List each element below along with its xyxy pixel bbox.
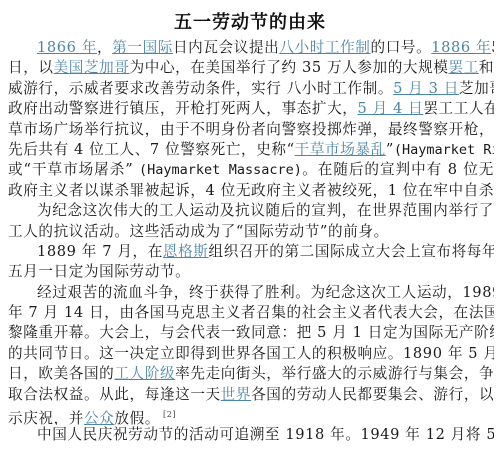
text-run: 罢工工人在干 bbox=[423, 100, 494, 117]
article-body: 1866 年，第一国际日内瓦会议提出八小时工作制的口号。1886 年5 月 1日… bbox=[8, 38, 494, 446]
text-run: 5 月 1 bbox=[491, 39, 494, 56]
text-run: 年 7 月 14 日，由各国马克思主义者召集的社会主义者代表大会，在法国巴 bbox=[8, 304, 494, 321]
hyperlink[interactable]: 罢工 bbox=[449, 59, 479, 76]
text-line: 政府出动警察进行镇压，开枪打死两人，事态扩大，5 月 4 日罢工工人在干 bbox=[8, 99, 494, 119]
text-run: 1889 年 7 月，在 bbox=[37, 243, 163, 260]
text-run: 中国人民庆祝劳动节的活动可追溯至 1918 年。1949 年 12 月将 5 月… bbox=[37, 426, 494, 443]
hyperlink[interactable]: 工人阶级 bbox=[114, 365, 175, 382]
hyperlink[interactable]: 恩格斯 bbox=[163, 243, 209, 260]
text-run: 工人的抗议活动。这些活动成为了“国际劳动节”的前身。 bbox=[8, 223, 389, 240]
text-run: 取合法权益。从此，每逢这一天 bbox=[8, 386, 221, 403]
text-run: 各国的劳动人民都要集会、游行，以 bbox=[251, 386, 494, 403]
text-run: 。在随后的宣判中有 8 位无 bbox=[302, 161, 494, 178]
hyperlink[interactable]: 5 月 4 日 bbox=[357, 100, 423, 117]
text-line: 为纪念这次伟大的工人运动及抗议随后的宣判，在世界范围内举行了 bbox=[8, 201, 494, 221]
text-run: 的共同节日。这一决定立即得到世界各国工人的积极响应。1890 年 5 月 1 bbox=[8, 345, 494, 362]
text-line: 工人的抗议活动。这些活动成为了“国际劳动节”的前身。 bbox=[8, 222, 494, 242]
article-title: 五一劳动节的由来 bbox=[0, 8, 500, 34]
text-line: 的共同节日。这一决定立即得到世界各国工人的积极响应。1890 年 5 月 1 bbox=[8, 344, 494, 364]
text-run: 芝加哥 bbox=[459, 80, 494, 97]
text-run: (Haymarket Riot) bbox=[394, 142, 494, 158]
text-run: 先后共有 4 位工人、7 位警察死亡，史称“ bbox=[8, 141, 295, 158]
text-line: 1866 年，第一国际日内瓦会议提出八小时工作制的口号。1886 年5 月 1 bbox=[8, 38, 494, 58]
text-line: 示庆祝，并公众放假。[2] bbox=[8, 405, 494, 425]
hyperlink[interactable]: 美国芝加哥 bbox=[54, 59, 130, 76]
hyperlink[interactable]: 5 月 3 日 bbox=[393, 80, 459, 97]
text-line: 中国人民庆祝劳动节的活动可追溯至 1918 年。1949 年 12 月将 5 月… bbox=[8, 425, 494, 445]
text-run: 率先走向街头，举行盛大的示威游行与集会，争 bbox=[175, 365, 494, 382]
text-line: 取合法权益。从此，每逢这一天世界各国的劳动人民都要集会、游行，以 bbox=[8, 385, 494, 405]
text-line: 政府主义者以谋杀罪被起诉，4 位无政府主义者被绞死，1 位在牢中自杀。 bbox=[8, 181, 494, 201]
text-run: 五月一日定为国际劳动节。 bbox=[8, 263, 190, 280]
text-line: 五月一日定为国际劳动节。 bbox=[8, 262, 494, 282]
footnote-reference[interactable]: [2] bbox=[163, 410, 176, 419]
hyperlink[interactable]: 干草市场暴乱 bbox=[295, 141, 386, 158]
text-line: 日，以美国芝加哥为中心，在美国举行了约 35 万人参加的大规模罢工和示 bbox=[8, 58, 494, 78]
text-run: 日，欧美各国的 bbox=[8, 365, 114, 382]
text-line: 经过艰苦的流血斗争，终于获得了胜利。为纪念这次工人运动，1989 bbox=[8, 283, 494, 303]
text-run: 草市场广场举行抗议，由于不明身份者向警察投掷炸弹，最终警察开枪， bbox=[8, 121, 494, 138]
hyperlink[interactable]: 世界 bbox=[221, 386, 251, 403]
text-line: 先后共有 4 位工人、7 位警察死亡，史称“干草市场暴乱”(Haymarket … bbox=[8, 140, 494, 160]
text-run: 示庆祝，并 bbox=[8, 410, 84, 425]
hyperlink[interactable]: 公众 bbox=[84, 410, 114, 425]
text-run: 日内瓦会议提出 bbox=[173, 39, 279, 56]
text-run: 政府主义者以谋杀罪被起诉，4 位无政府主义者被绞死，1 位在牢中自杀。 bbox=[8, 182, 494, 199]
hyperlink[interactable]: 1866 年 bbox=[37, 39, 97, 56]
text-run: 经过艰苦的流血斗争，终于获得了胜利。为纪念这次工人运动，1989 bbox=[37, 284, 494, 301]
text-run: (Haymarket Massacre) bbox=[139, 162, 302, 178]
text-line: 黎隆重开幕。大会上，与会代表一致同意：把 5 月 1 日定为国际无产阶级 bbox=[8, 323, 494, 343]
text-run: 黎隆重开幕。大会上，与会代表一致同意：把 5 月 1 日定为国际无产阶级 bbox=[8, 324, 494, 341]
text-run: 日，以 bbox=[8, 59, 54, 76]
text-line: 1889 年 7 月，在恩格斯组织召开的第二国际成立大会上宣布将每年的 bbox=[8, 242, 494, 262]
text-run: 组织召开的第二国际成立大会上宣布将每年的 bbox=[209, 243, 494, 260]
text-line: 草市场广场举行抗议，由于不明身份者向警察投掷炸弹，最终警察开枪， bbox=[8, 120, 494, 140]
hyperlink[interactable]: 第一国际 bbox=[112, 39, 173, 56]
text-run: 为中心，在美国举行了约 35 万人参加的大规模 bbox=[130, 59, 449, 76]
text-run: 威游行，示威者要求改善劳动条件，实行 八小时工作制。 bbox=[8, 80, 393, 97]
text-run: 和示 bbox=[479, 59, 494, 76]
hyperlink[interactable]: 1886 年 bbox=[431, 39, 491, 56]
text-run: ” bbox=[386, 141, 394, 158]
text-run: 的口号。 bbox=[371, 39, 432, 56]
text-line: 日，欧美各国的工人阶级率先走向街头，举行盛大的示威游行与集会，争 bbox=[8, 364, 494, 384]
hyperlink[interactable]: 八小时工作制 bbox=[279, 39, 370, 56]
text-line: 或“干草市场屠杀” (Haymarket Massacre)。在随后的宣判中有 … bbox=[8, 160, 494, 180]
text-run: 放假。 bbox=[114, 410, 160, 425]
text-run: 或“干草市场屠杀” bbox=[8, 161, 139, 178]
text-line: 威游行，示威者要求改善劳动条件，实行 八小时工作制。5 月 3 日芝加哥 bbox=[8, 79, 494, 99]
text-run: 政府出动警察进行镇压，开枪打死两人，事态扩大， bbox=[8, 100, 357, 117]
text-run: 为纪念这次伟大的工人运动及抗议随后的宣判，在世界范围内举行了 bbox=[37, 202, 494, 219]
text-line: 年 7 月 14 日，由各国马克思主义者召集的社会主义者代表大会，在法国巴 bbox=[8, 303, 494, 323]
text-run: ， bbox=[97, 39, 112, 56]
